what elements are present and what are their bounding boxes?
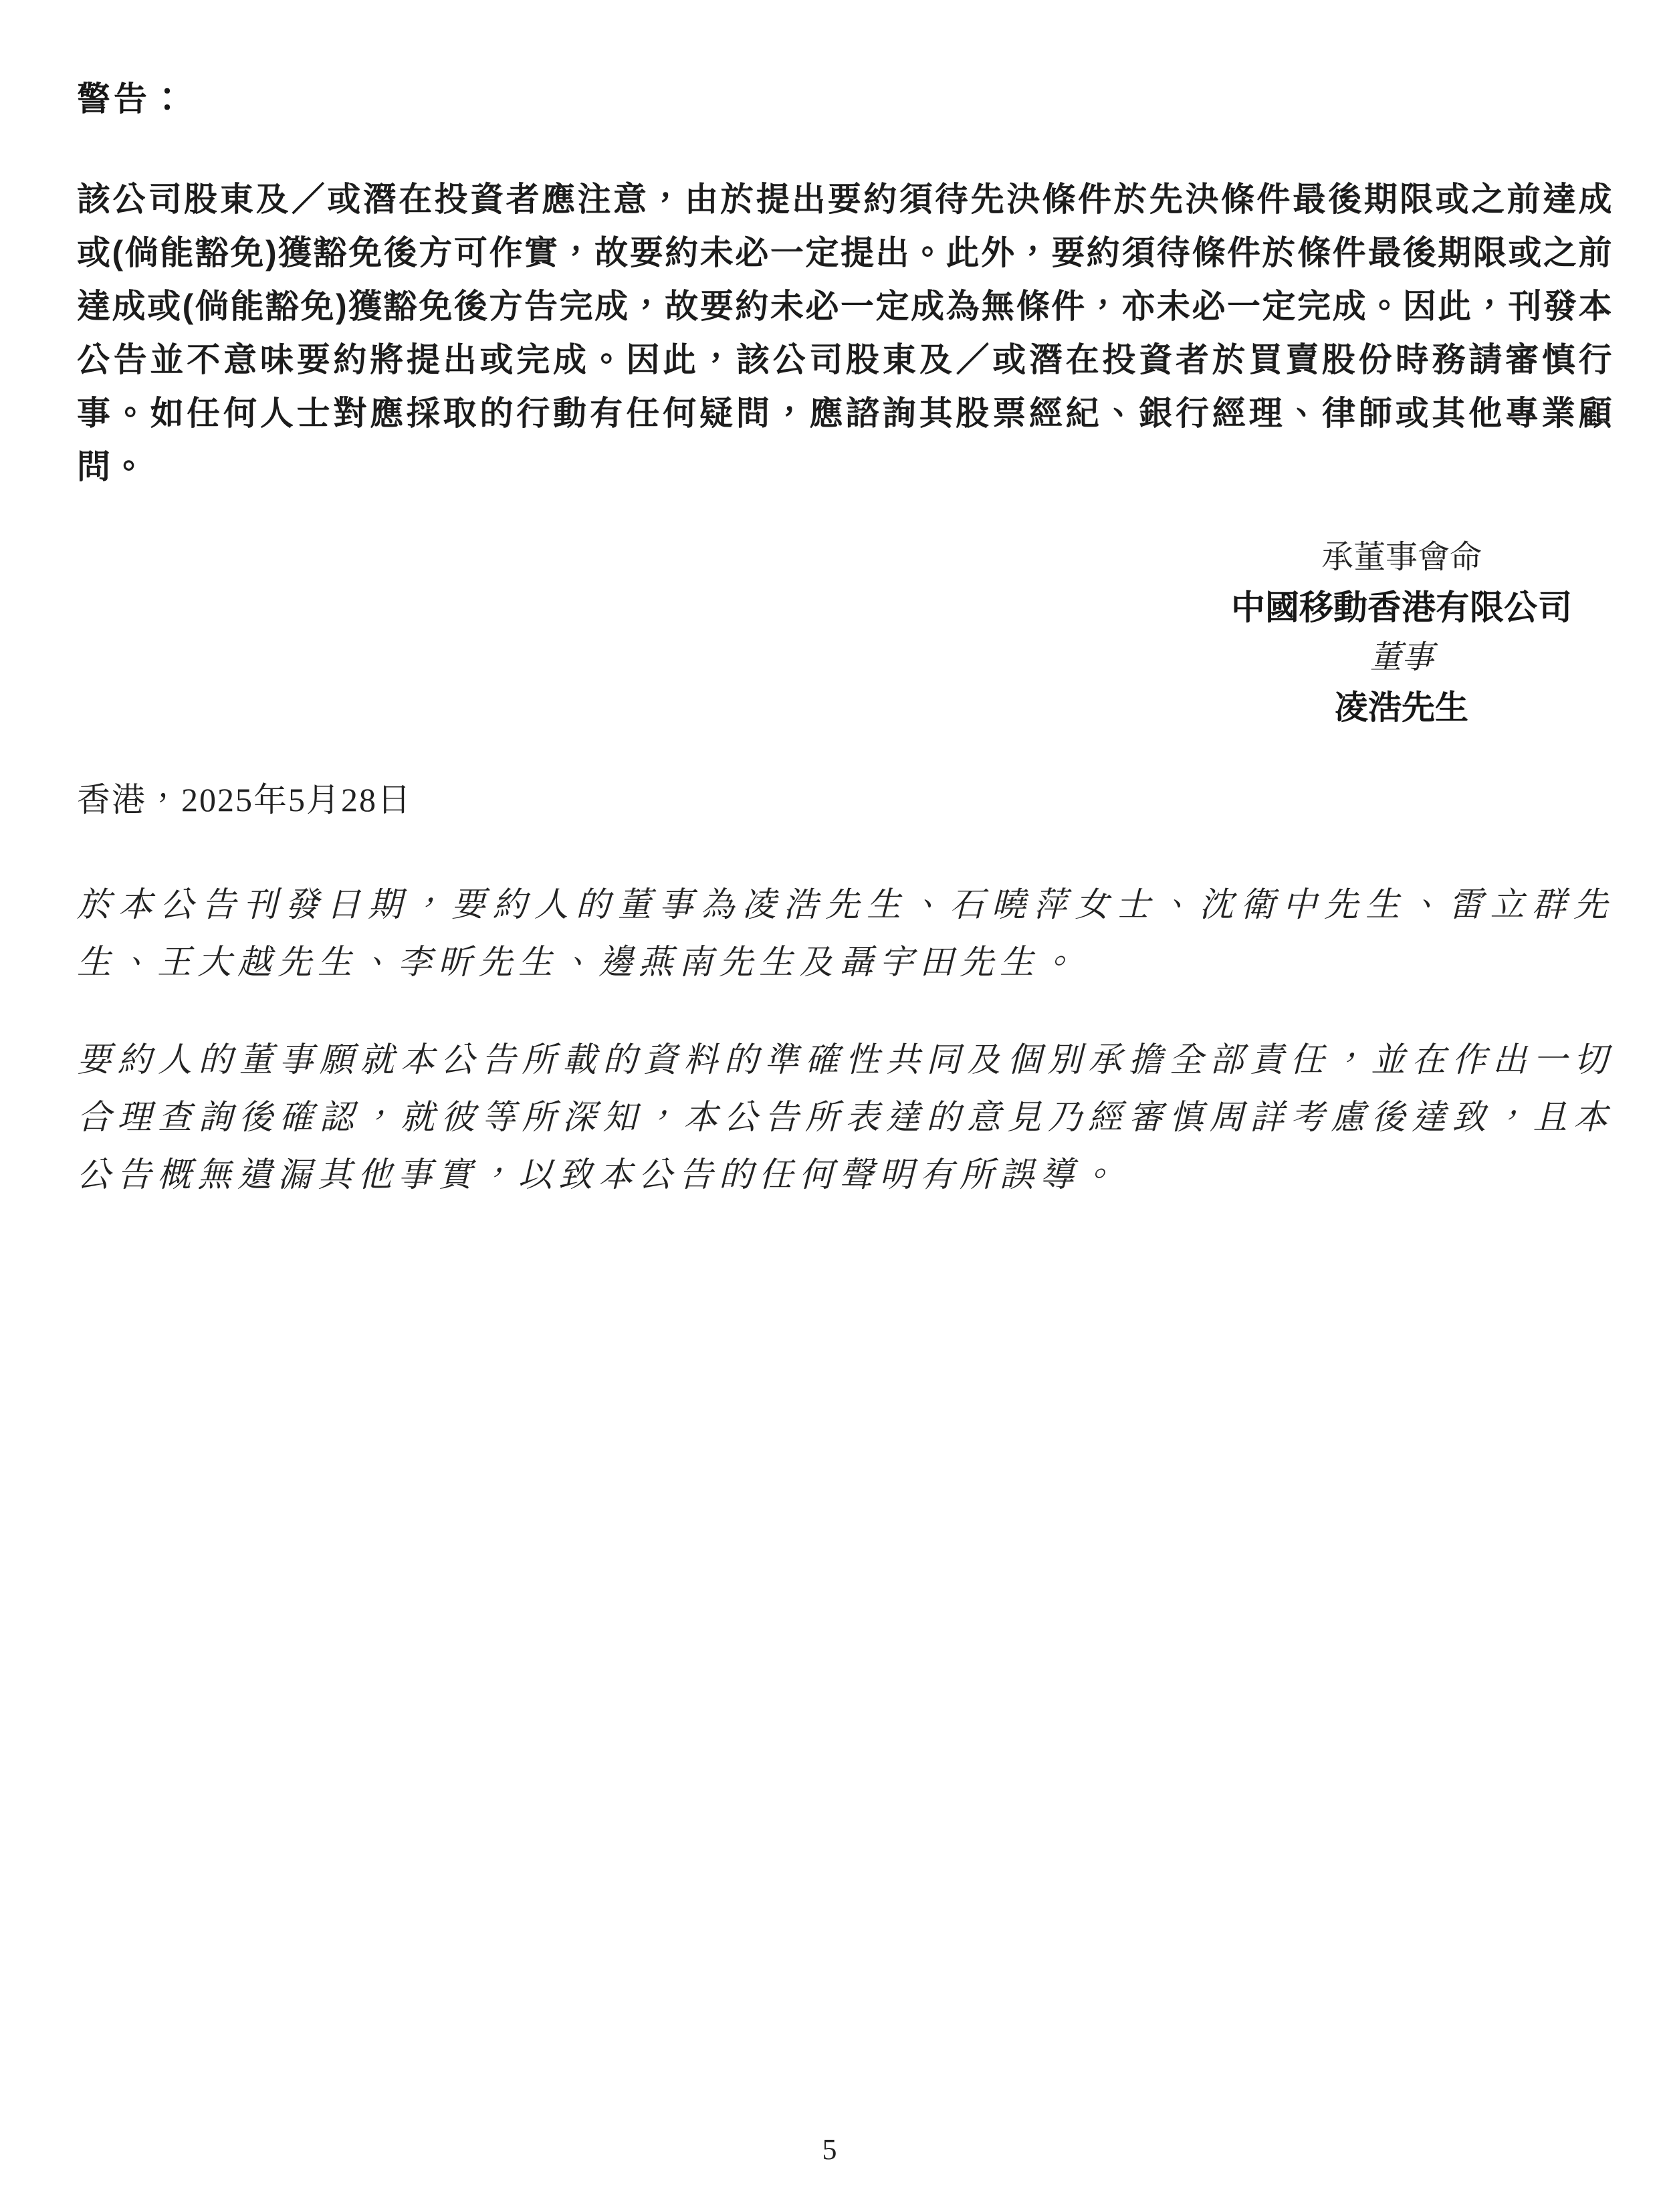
warning-paragraph: 該公司股東及／或潛在投資者應注意，由於提出要約須待先決條件於先決條件最後期限或之… xyxy=(77,173,1614,493)
document-page: { "page": { "heading": "警告：", "warning_p… xyxy=(0,0,1659,2212)
signature-company-name: 中國移動香港有限公司 xyxy=(1231,582,1572,633)
signature-block: 承董事會命 中國移動香港有限公司 董事 凌浩先生 xyxy=(1231,532,1572,733)
warning-heading: 警告： xyxy=(77,79,1614,119)
page-number: 5 xyxy=(0,2132,1659,2167)
directors-list-paragraph: 於本公告刊發日期，要約人的董事為凌浩先生、石曉萍女士、沈衛中先生、雷立群先生、王… xyxy=(77,877,1614,992)
signature-director-title: 董事 xyxy=(1231,633,1572,683)
place-and-date-line: 香港，2025年5月28日 xyxy=(77,780,1614,820)
announcement-page: 警告： 該公司股東及／或潛在投資者應注意，由於提出要約須待先決條件於先決條件最後… xyxy=(0,0,1659,2212)
directors-responsibility-paragraph: 要約人的董事願就本公告所載的資料的準確性共同及個別承擔全部責任，並在作出一切合理… xyxy=(77,1032,1614,1204)
signature-by-order-of-board: 承董事會命 xyxy=(1231,532,1572,582)
signature-director-name: 凌浩先生 xyxy=(1231,683,1572,733)
